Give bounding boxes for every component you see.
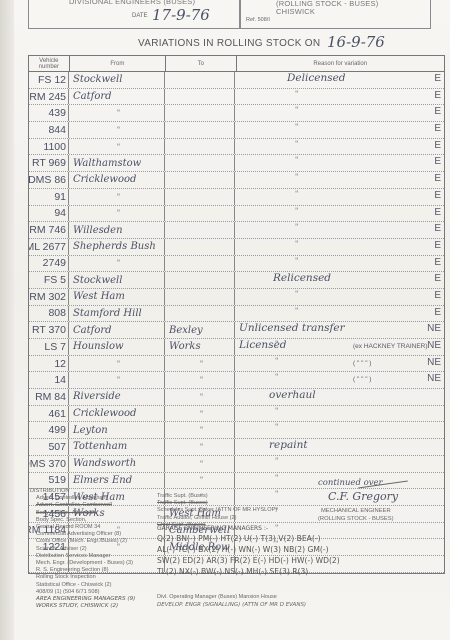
mid-item: Schedules Supt. Baker (ATTN OF MR HYSLOP… <box>157 507 277 514</box>
reason-ditto: " <box>295 123 298 131</box>
table-header: Vehicle number From To Reason for variat… <box>29 56 444 72</box>
garage-line: TL(2) NX(-) BW(-) NS(-) MH(-) SE(3) R(3) <box>157 566 340 577</box>
distribution-item: Costs Office (Mech. Engr./Buses) (2) <box>36 538 135 545</box>
status-code: NE <box>427 357 441 368</box>
vehicle-cell: RM 84 <box>29 389 69 405</box>
from-cell-text: " <box>73 126 164 134</box>
vehicle-cell: RT 969 <box>29 155 69 171</box>
to-cell <box>165 172 235 188</box>
distribution-item: Advert. Controller, Aldenham <box>36 495 135 502</box>
signature-title-2: (ROLLING STOCK - BUSES) <box>318 515 394 523</box>
reason-ditto: " <box>295 223 298 231</box>
from-cell-text: Tottenham <box>73 441 127 452</box>
from-cell: Hounslow <box>69 339 165 355</box>
vehicle-cell-text: 844 <box>48 124 66 136</box>
status-code: E <box>434 290 441 301</box>
status-code: E <box>434 140 441 151</box>
vehicle-cell: 519 <box>29 473 69 489</box>
reason-cell: "E <box>235 139 444 155</box>
vehicle-cell-text: 439 <box>48 107 66 119</box>
status-code: E <box>434 240 441 251</box>
from-cell-text: Stockwell <box>73 74 122 85</box>
distribution-item: Body Section, Aldenham <box>36 510 135 517</box>
header-vehicle: Vehicle number <box>29 56 70 71</box>
reason-cell: "E <box>235 105 444 121</box>
vehicle-cell-text: 499 <box>48 424 66 436</box>
signature-title: MECHANICAL ENGINEER (ROLLING STOCK - BUS… <box>318 507 394 523</box>
table-row: 808Stamford Hill"E <box>29 306 444 323</box>
header-right-box: (ROLLING STOCK - BUSES) CHISWICK Ref. 50… <box>239 0 431 29</box>
vehicle-cell-text: DMS 86 <box>29 174 66 186</box>
table-row: DMS 370Wandsworth""" <box>29 456 444 473</box>
vehicle-cell: LS 7 <box>29 339 69 355</box>
mid-item: Traffic Supt. (Buses) <box>157 500 277 507</box>
to-cell-text: " <box>169 443 234 451</box>
garage-heading: GARAGE ENGINEERING MANAGERS :- <box>157 525 340 533</box>
header-left-box: DIVISIONAL ENGINEERS (BUSES) DATE 17-9-7… <box>28 0 241 29</box>
reason-ditto: " <box>295 207 298 215</box>
vehicle-cell-text: DMS 370 <box>29 458 66 470</box>
table-row: 2749""E <box>29 256 444 273</box>
from-cell-text: " <box>73 259 164 267</box>
from-cell-text: Walthamstow <box>73 158 141 169</box>
vehicle-cell: 12 <box>29 356 69 372</box>
reason-cell: "E <box>235 206 444 222</box>
reason-cell: "" <box>235 456 444 472</box>
from-cell: West Ham <box>69 289 165 305</box>
status-code: E <box>434 90 441 101</box>
table-row: 844""E <box>29 122 444 139</box>
reason-cell: ""( " " " )NE <box>235 372 444 388</box>
distribution-item: Mech. Engr. (Development - Buses) (3) <box>36 560 135 567</box>
reason-ditto: " <box>295 307 298 315</box>
reason-cell: "repaint <box>235 439 444 455</box>
reason2-ditto: " <box>275 357 278 365</box>
from-cell-text: Riverside <box>73 391 121 402</box>
reason-ditto: " <box>295 140 298 148</box>
reason-cell: "E <box>235 172 444 188</box>
reason-cell: "E <box>235 222 444 238</box>
to-cell <box>165 306 235 322</box>
to-cell <box>165 155 235 171</box>
vehicle-cell-text: FS 5 <box>44 274 66 286</box>
table-row: RM 302West Ham"E <box>29 289 444 306</box>
reason-ditto: " <box>295 90 298 98</box>
from-cell-text: Shepherds Bush <box>73 241 156 252</box>
reason-note: ( " " " ) <box>353 360 371 367</box>
table-row: RM 84Riverside""overhaul <box>29 389 444 406</box>
reason-text: Unlicensed transfer <box>239 322 345 334</box>
to-cell: " <box>165 406 235 422</box>
vehicle-cell-text: 519 <box>48 474 66 486</box>
vehicle-cell-text: RML 2677 <box>29 241 66 253</box>
table-row: RM 746Willesden"E <box>29 222 444 239</box>
reason-cell: "E <box>235 306 444 322</box>
signature: C.F. Gregory <box>328 490 398 503</box>
from-cell-text: " <box>73 193 164 201</box>
from-cell: Shepherds Bush <box>69 239 165 255</box>
vehicle-cell-text: FS 12 <box>38 74 66 86</box>
to-cell: " <box>165 456 235 472</box>
to-cell <box>165 189 235 205</box>
to-cell: Works <box>165 339 235 355</box>
from-cell: Wandsworth <box>69 456 165 472</box>
reason2-ditto: " <box>275 423 278 431</box>
status-code: E <box>434 173 441 184</box>
vehicle-cell-text: 94 <box>54 207 66 219</box>
table-row: RML 2677Shepherds Bush"E <box>29 239 444 256</box>
reason-cell: Unlicensed transferNE <box>235 322 444 338</box>
distribution-item: Advert. Controller, Camberwell <box>36 502 135 509</box>
from-cell-text: Catford <box>73 325 112 336</box>
from-cell: " <box>69 105 165 121</box>
garage-line: AL(-) TC(-) BX(2) H(-) WN(-) W(3) NB(2) … <box>157 544 340 555</box>
to-cell: " <box>165 389 235 405</box>
status-code: E <box>434 73 441 84</box>
middle-distribution: Traffic Supt. (Buses) Traffic Supt. (Bus… <box>157 493 277 529</box>
from-cell: Tottenham <box>69 439 165 455</box>
vehicle-cell: RM 746 <box>29 222 69 238</box>
status-code: E <box>434 106 441 117</box>
mid-item: Traffic Auditor, Griffith House (2) <box>157 515 277 522</box>
from-cell: " <box>69 139 165 155</box>
status-code: NE <box>427 373 441 384</box>
from-cell-text: Catford <box>73 91 112 102</box>
reason2-ditto: " <box>275 407 278 415</box>
from-cell-text: Cricklewood <box>73 174 136 185</box>
to-cell <box>165 89 235 105</box>
title-date: 16-9-76 <box>327 33 385 51</box>
header-reason: Reason for variation <box>237 56 444 71</box>
reason2-text: repaint <box>269 439 308 451</box>
from-cell: Catford <box>69 89 165 105</box>
vehicle-cell: 461 <box>29 406 69 422</box>
to-cell <box>165 122 235 138</box>
to-cell <box>165 239 235 255</box>
to-cell <box>165 272 235 288</box>
reason-cell: "E <box>235 89 444 105</box>
from-cell-text: " <box>73 143 164 151</box>
dept-location: CHISWICK <box>276 7 315 16</box>
vehicle-cell-text: RT 969 <box>32 157 66 169</box>
vehicle-cell: RML 2677 <box>29 239 69 255</box>
distribution-heading: DISTRIBUTION <box>30 488 135 495</box>
date-label: DATE <box>132 13 148 19</box>
vehicle-cell-text: LS 7 <box>44 341 66 353</box>
status-code: E <box>434 123 441 134</box>
from-cell-text: Stockwell <box>73 275 122 286</box>
table-row: 507Tottenham""repaint <box>29 439 444 456</box>
vehicle-cell: 507 <box>29 439 69 455</box>
reason-cell: "E <box>235 122 444 138</box>
vehicle-cell: 1100 <box>29 139 69 155</box>
distribution-item: Commercial Advertising Officer (8) <box>36 531 135 538</box>
reason-ditto: " <box>295 156 298 164</box>
from-cell-text: West Ham <box>73 291 125 302</box>
reason-cell: "" <box>235 406 444 422</box>
from-cell: Stockwell <box>69 272 165 288</box>
vehicle-cell: 499 <box>29 422 69 438</box>
reason-ditto: " <box>295 290 298 298</box>
vehicle-cell-text: 12 <box>54 358 66 370</box>
footer: Divl. Operating Manager (Buses) Mansion … <box>157 594 306 609</box>
from-cell: Walthamstow <box>69 155 165 171</box>
distribution-item: Scientific Adviser (2) <box>36 546 135 553</box>
table-row: LS 7HounslowWorksLicensed"(ex HACKNEY TR… <box>29 339 444 356</box>
reason2-ditto: " <box>275 340 278 348</box>
from-cell-text: " <box>73 376 164 384</box>
reason-cell: "" <box>235 422 444 438</box>
from-cell: Elmers End <box>69 473 165 489</box>
reason-cell: "E <box>235 155 444 171</box>
from-cell: Cricklewood <box>69 406 165 422</box>
vehicle-cell: 2749 <box>29 256 69 272</box>
vehicle-cell: FS 5 <box>29 272 69 288</box>
from-cell: " <box>69 372 165 388</box>
continued-note: continued over <box>318 478 383 488</box>
vehicle-cell-text: 507 <box>48 441 66 453</box>
mid-item: Traffic Supt. (Buses) <box>157 493 277 500</box>
vehicle-cell: RM 245 <box>29 89 69 105</box>
to-cell <box>165 206 235 222</box>
to-cell-text: Bexley <box>169 325 203 336</box>
date-value: 17-9-76 <box>152 6 210 24</box>
from-cell-text: " <box>73 360 164 368</box>
vehicle-cell-text: 14 <box>54 374 66 386</box>
to-cell-text: Works <box>169 341 201 352</box>
from-cell: Riverside <box>69 389 165 405</box>
reason-cell: DelicensedE <box>235 72 444 88</box>
vehicle-cell: 91 <box>29 189 69 205</box>
distribution-item: 408/09 (1) (504 6/71 508) <box>36 589 135 596</box>
vehicle-cell: 844 <box>29 122 69 138</box>
from-cell: " <box>69 356 165 372</box>
table-row: 461Cricklewood""" <box>29 406 444 423</box>
from-cell: Catford <box>69 322 165 338</box>
reason-ditto: " <box>295 106 298 114</box>
page-shadow <box>0 0 14 640</box>
page-title: VARIATIONS IN ROLLING STOCK ON <box>138 38 320 49</box>
vehicle-cell: 94 <box>29 206 69 222</box>
status-code: E <box>434 257 441 268</box>
vehicle-cell: 14 <box>29 372 69 388</box>
table-row: 439""E <box>29 105 444 122</box>
garage-line: SW(2) ED(2) AR(3) FR(2) E(-) HD(-) HW(-)… <box>157 555 340 566</box>
garage-managers: GARAGE ENGINEERING MANAGERS :- Q(2) BN(-… <box>157 525 340 577</box>
from-cell-text: Stamford Hill <box>73 308 142 319</box>
distribution-item: Rolling Stock Inspection <box>36 574 135 581</box>
from-cell: " <box>69 206 165 222</box>
vehicle-cell: 808 <box>29 306 69 322</box>
vehicle-cell: DMS 370 <box>29 456 69 472</box>
vehicle-cell-text: RT 370 <box>32 324 66 336</box>
from-cell: Leyton <box>69 422 165 438</box>
to-cell: Bexley <box>165 322 235 338</box>
reason-ditto: " <box>295 173 298 181</box>
vehicle-cell: 439 <box>29 105 69 121</box>
reason-cell: "E <box>235 239 444 255</box>
vehicle-cell-text: 808 <box>48 307 66 319</box>
reason2-ditto: " <box>275 457 278 465</box>
distribution-list: DISTRIBUTION Advert. Controller, Aldenha… <box>30 488 135 610</box>
vehicle-cell: FS 12 <box>29 72 69 88</box>
to-cell <box>165 256 235 272</box>
to-cell: " <box>165 473 235 489</box>
distribution-item: Distribution Services Manager <box>36 553 135 560</box>
from-cell: Stockwell <box>69 72 165 88</box>
from-cell: " <box>69 122 165 138</box>
distribution-item: R. S. Engineering Section (8) <box>36 567 135 574</box>
vehicle-cell-text: RM 245 <box>29 91 66 103</box>
from-cell-text: " <box>73 109 164 117</box>
table-row: 91""E <box>29 189 444 206</box>
to-cell-text: " <box>169 360 234 368</box>
reason-ditto: " <box>295 257 298 265</box>
vehicle-cell-text: 461 <box>48 408 66 420</box>
status-code: NE <box>427 340 441 351</box>
distribution-item: Statistical Office - Chiswick (2) <box>36 582 135 589</box>
from-cell-text: Wandsworth <box>73 458 136 469</box>
from-cell: Cricklewood <box>69 172 165 188</box>
table-row: 499Leyton""" <box>29 422 444 439</box>
vehicle-cell-text: 1100 <box>43 141 66 153</box>
from-cell-text: Elmers End <box>73 475 132 486</box>
from-cell: " <box>69 189 165 205</box>
vehicle-cell-text: 91 <box>54 191 66 203</box>
reason-cell: RelicensedE <box>235 272 444 288</box>
vehicle-cell-text: RM 746 <box>29 224 66 236</box>
distribution-item: Body Spec. Section, <box>36 517 135 524</box>
vehicle-cell: RM 302 <box>29 289 69 305</box>
header-from: From <box>70 56 166 71</box>
table-row: FS 12StockwellDelicensedE <box>29 72 444 89</box>
from-cell-text: Willesden <box>73 225 123 236</box>
from-cell: Willesden <box>69 222 165 238</box>
reason-cell: "E <box>235 189 444 205</box>
table-row: 94""E <box>29 206 444 223</box>
reason-text: Relicensed <box>273 272 331 284</box>
to-cell-text: " <box>169 426 234 434</box>
to-cell: " <box>165 356 235 372</box>
reason-cell: "E <box>235 256 444 272</box>
to-cell-text: " <box>169 393 234 401</box>
distribution-items: Advert. Controller, AldenhamAdvert. Cont… <box>30 495 135 610</box>
reason2-text: overhaul <box>269 389 316 401</box>
to-cell <box>165 105 235 121</box>
distribution-item: Central Record ROOM 34 <box>36 524 135 531</box>
status-code: E <box>434 207 441 218</box>
table-row: RT 969Walthamstow"E <box>29 155 444 172</box>
reason-ditto: " <box>295 190 298 198</box>
status-code: E <box>434 223 441 234</box>
to-cell: " <box>165 372 235 388</box>
reason-note: ( " " " ) <box>353 376 371 383</box>
reason-cell: "overhaul <box>235 389 444 405</box>
to-cell-text: " <box>169 376 234 384</box>
to-cell <box>165 222 235 238</box>
status-code: E <box>434 156 441 167</box>
status-code: E <box>434 190 441 201</box>
status-code: E <box>434 307 441 318</box>
header-to: To <box>166 56 237 71</box>
table-row: 12""""( " " " )NE <box>29 356 444 373</box>
reason-cell: Licensed"(ex HACKNEY TRAINER)NE <box>235 339 444 355</box>
to-cell-text: " <box>169 460 234 468</box>
to-cell-text: " <box>169 476 234 484</box>
reason2-ditto: " <box>275 474 278 482</box>
table-row: FS 5StockwellRelicensedE <box>29 272 444 289</box>
to-cell: " <box>165 422 235 438</box>
to-cell-text: " <box>169 410 234 418</box>
to-cell: " <box>165 439 235 455</box>
footer-line-1: Divl. Operating Manager (Buses) Mansion … <box>157 594 306 602</box>
vehicle-cell: RT 370 <box>29 322 69 338</box>
to-cell <box>165 289 235 305</box>
reason-cell: ""( " " " )NE <box>235 356 444 372</box>
from-cell: " <box>69 256 165 272</box>
status-code: E <box>434 273 441 284</box>
from-cell: Stamford Hill <box>69 306 165 322</box>
signature-title-1: MECHANICAL ENGINEER <box>318 507 394 515</box>
reason-text: Licensed <box>239 339 287 351</box>
from-cell-text: Leyton <box>73 425 108 436</box>
footer-line-2: DEVELOP. ENGR (SIGNALLING) (ATTN OF MR D… <box>157 602 306 610</box>
vehicle-cell: DMS 86 <box>29 172 69 188</box>
vehicle-cell-text: RM 84 <box>35 391 66 403</box>
distribution-item: WORKS STUDY, CHISWICK (2) <box>36 603 135 610</box>
from-cell-text: " <box>73 209 164 217</box>
vehicle-cell-text: 2749 <box>43 257 66 269</box>
vehicle-cell-text: RM 302 <box>29 291 66 303</box>
from-cell-text: Hounslow <box>73 341 124 352</box>
from-cell-text: Cricklewood <box>73 408 136 419</box>
table-row: RM 245Catford"E <box>29 89 444 106</box>
to-cell <box>165 139 235 155</box>
ref-number: Ref. 508/I <box>246 17 270 23</box>
table-row: DMS 86Cricklewood"E <box>29 172 444 189</box>
garage-line: Q(2) BN(-) PM(-) HT(2) U(-) T(3) V(2) BE… <box>157 533 340 544</box>
reason2-ditto: " <box>275 373 278 381</box>
reason-note: (ex HACKNEY TRAINER) <box>353 343 428 350</box>
table-row: 1100""E <box>29 139 444 156</box>
to-cell <box>165 72 235 88</box>
distribution-item: AREA ENGINEERING MANAGERS (9) <box>36 596 135 603</box>
table-row: RT 370CatfordBexleyUnlicensed transferNE <box>29 322 444 339</box>
status-code: NE <box>427 323 441 334</box>
table-row: 14""""( " " " )NE <box>29 372 444 389</box>
reason-cell: "E <box>235 289 444 305</box>
reason-ditto: " <box>295 240 298 248</box>
reason-text: Delicensed <box>287 72 346 84</box>
